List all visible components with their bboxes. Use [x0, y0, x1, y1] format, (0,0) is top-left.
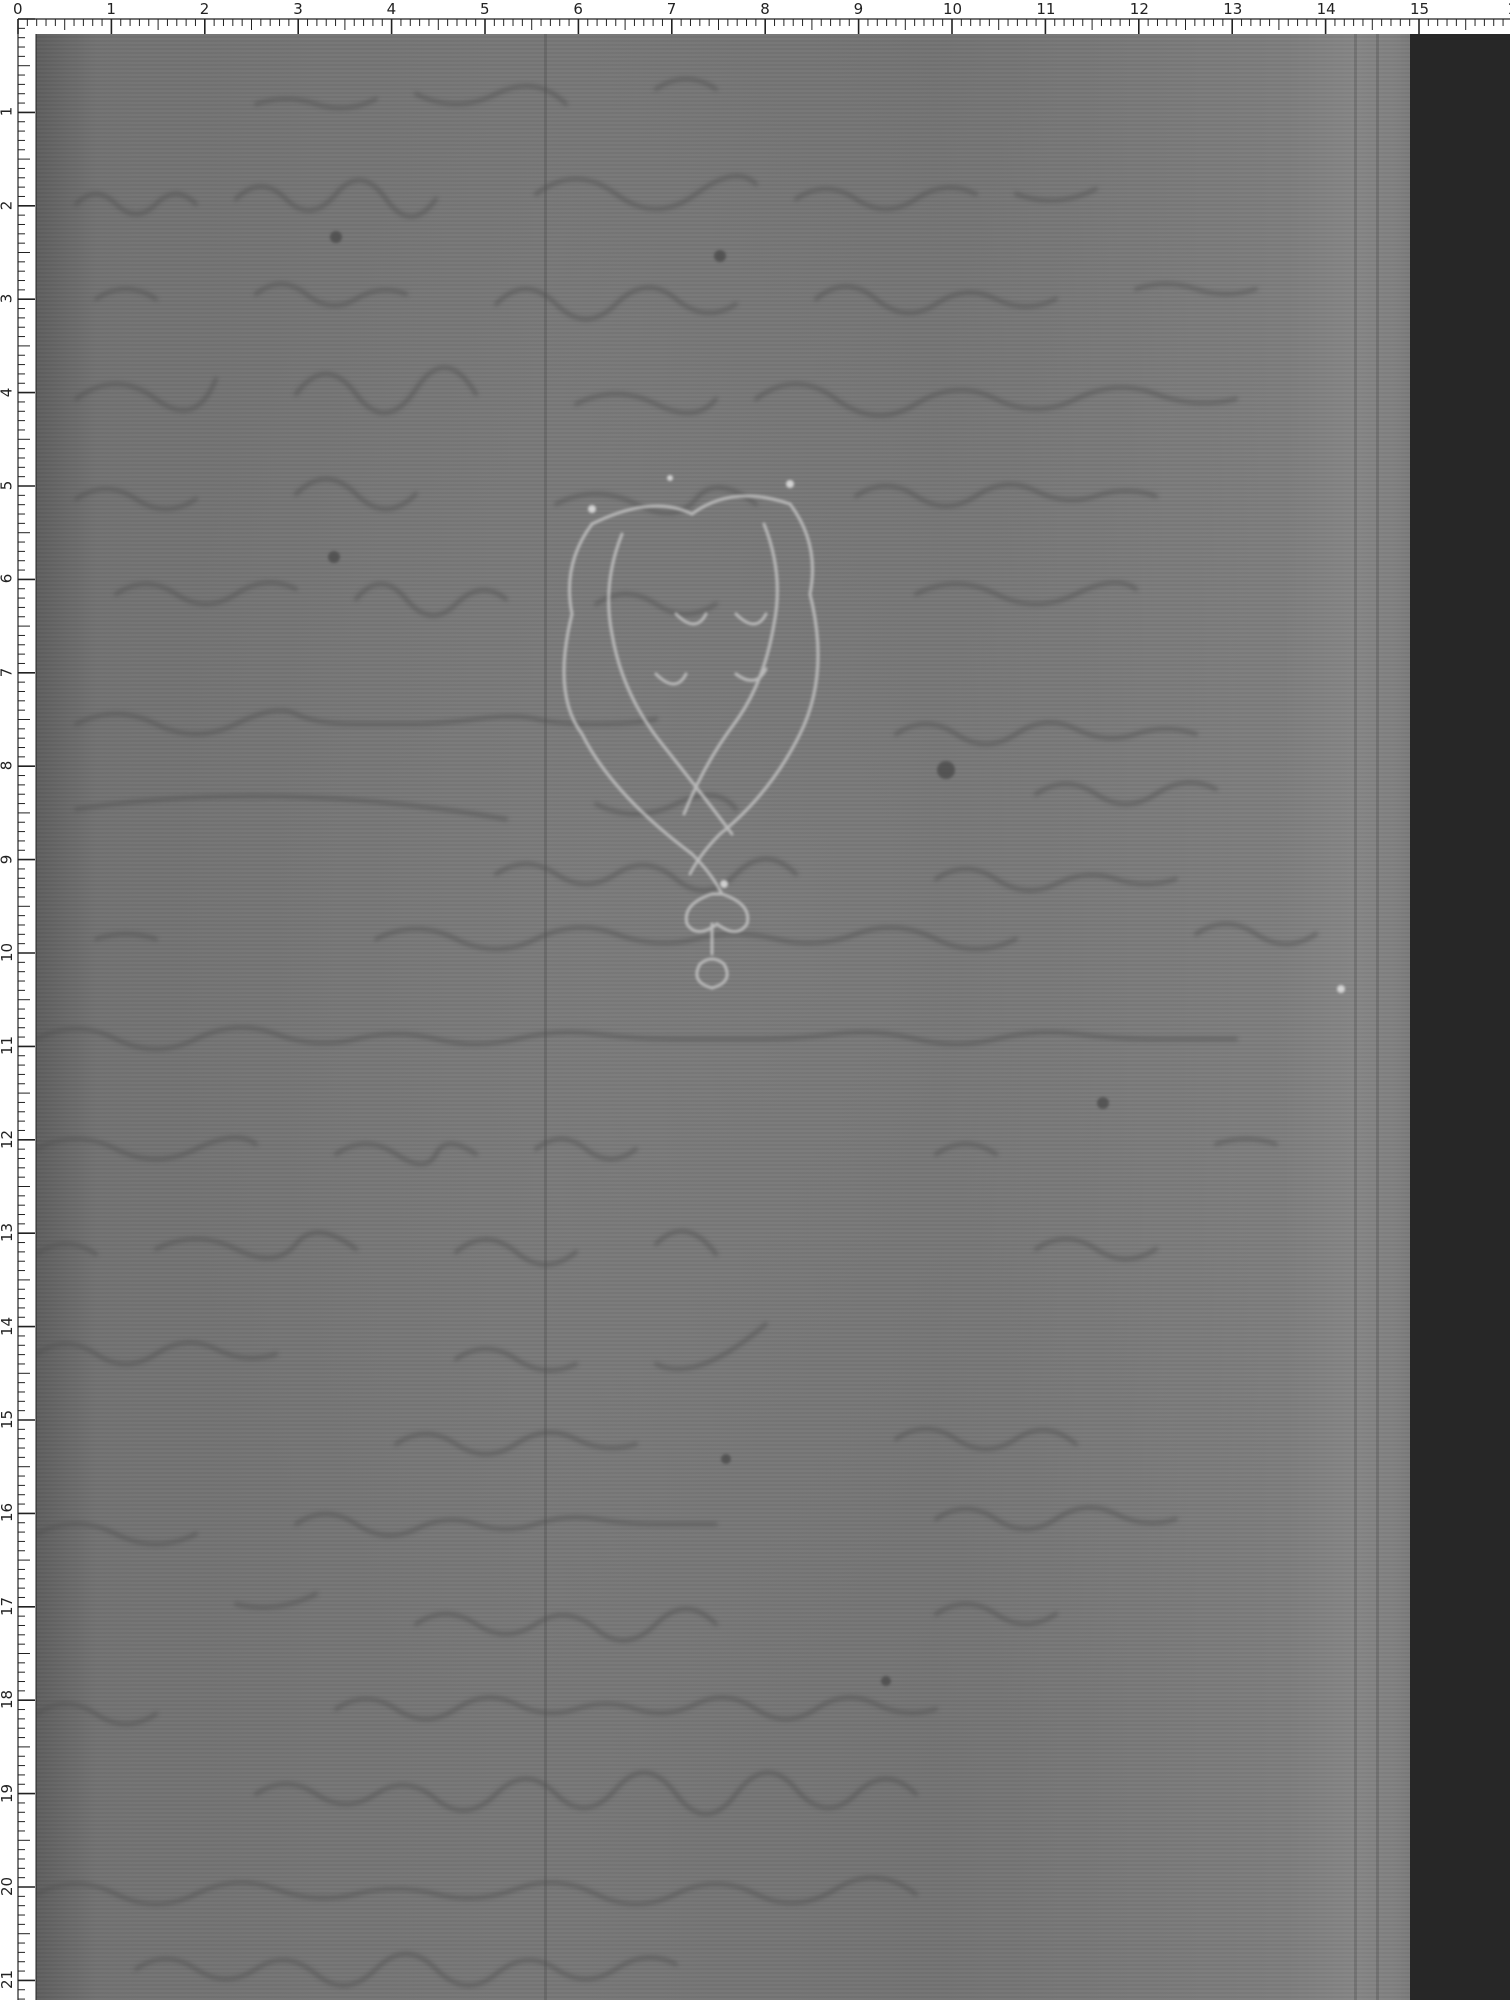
ruler-label-horizontal: 0: [13, 2, 23, 17]
ruler-label-vertical: 6: [0, 574, 14, 584]
ruler-label-vertical: 11: [0, 1036, 15, 1055]
ruler-label-vertical: 14: [0, 1317, 15, 1336]
ruler-label-vertical: 16: [0, 1503, 15, 1522]
ruler-label-horizontal: 13: [1223, 2, 1242, 17]
ruler-label-horizontal: 2: [200, 2, 210, 17]
ruler-label-horizontal: 12: [1130, 2, 1149, 17]
ruler-label-vertical: 8: [0, 761, 14, 771]
ruler-label-horizontal: 7: [667, 2, 677, 17]
ruler-label-horizontal: 14: [1317, 2, 1336, 17]
ruler-label-horizontal: 10: [943, 2, 962, 17]
ruler-label-horizontal: 3: [293, 2, 303, 17]
ruler-label-vertical: 1: [0, 107, 14, 117]
ruler-label-vertical: 4: [0, 387, 14, 397]
ruler-label-vertical: 20: [0, 1877, 15, 1896]
ruler-label-horizontal: 9: [854, 2, 864, 17]
ruler-ticks: [0, 0, 1510, 2000]
ruler-label-horizontal: 8: [760, 2, 770, 17]
ruler-label-vertical: 13: [0, 1223, 15, 1242]
ruler-label-horizontal: 11: [1036, 2, 1055, 17]
ruler-label-vertical: 3: [0, 294, 14, 304]
ruler-label-vertical: 18: [0, 1690, 15, 1709]
ruler-label-vertical: 12: [0, 1130, 15, 1149]
ruler-label-horizontal: 6: [573, 2, 583, 17]
ruler-label-horizontal: 1: [106, 2, 116, 17]
ruler-label-vertical: 10: [0, 943, 15, 962]
ruler-label-vertical: 15: [0, 1410, 15, 1429]
ruler-label-vertical: 17: [0, 1597, 15, 1616]
ruler-label-vertical: 21: [0, 1970, 15, 1989]
ruler-label-vertical: 2: [0, 201, 14, 211]
ruler-label-vertical: 5: [0, 481, 14, 491]
ruler-label-horizontal: 4: [387, 2, 397, 17]
ruler-label-vertical: 9: [0, 854, 14, 864]
ruler-label-vertical: 19: [0, 1784, 15, 1803]
ruler-label-horizontal: 15: [1410, 2, 1429, 17]
ruler-label-vertical: 7: [0, 668, 14, 678]
ruler-label-horizontal: 5: [480, 2, 490, 17]
